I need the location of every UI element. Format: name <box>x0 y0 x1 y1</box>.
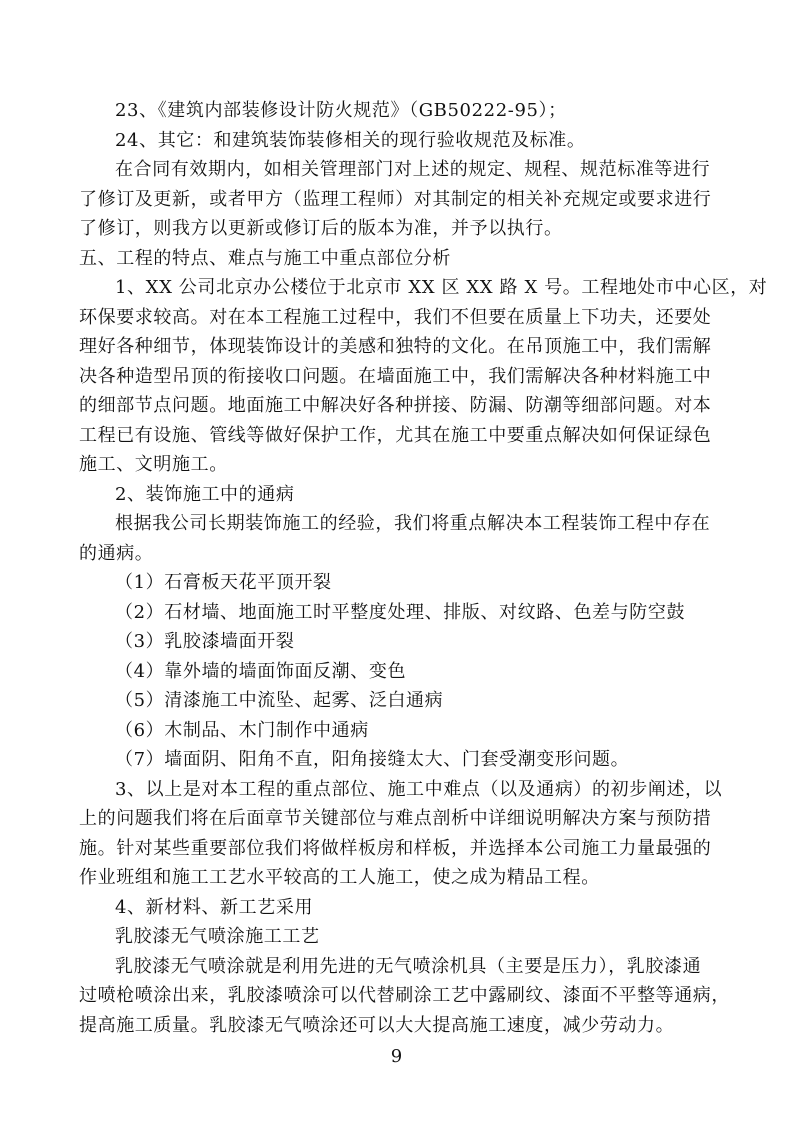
subheading-new-materials: 4、新材料、新工艺采用 <box>79 893 727 923</box>
paragraph-airless-spray-line: 乳胶漆无气喷涂就是利用先进的无气喷涂机具（主要是压力），乳胶漆通 <box>79 952 727 982</box>
paragraph-revision-line: 了修订及更新，或者甲方（监理工程师）对其制定的相关补充规定或要求进行 <box>79 185 727 215</box>
paragraph-summary-line: 作业班组和施工工艺水平较高的工人施工，使之成为精品工程。 <box>79 863 727 893</box>
paragraph-summary-line: 施。针对某些重要部位我们将做样板房和样板，并选择本公司施工力量最强的 <box>79 834 727 864</box>
page-number: 9 <box>0 1045 793 1069</box>
defect-list-item: （1）石膏板天花平顶开裂 <box>79 568 727 598</box>
defect-list-item: （6）木制品、木门制作中通病 <box>79 716 727 746</box>
standard-item-23: 23、《建筑内部装修设计防火规范》（GB50222-95）； <box>79 96 727 126</box>
paragraph-revision-line: 了修订，则我方以更新或修订后的版本为准，并予以执行。 <box>79 214 727 244</box>
paragraph-summary-line: 3、以上是对本工程的重点部位、施工中难点（以及通病）的初步阐述，以 <box>79 775 727 805</box>
defect-list-item: （7）墙面阴、阳角不直，阳角接缝太大、门套受潮变形问题。 <box>79 745 727 775</box>
paragraph-project-line: 1、XX 公司北京办公楼位于北京市 XX 区 XX 路 X 号。工程地处市中心区… <box>79 273 727 303</box>
section-heading-5: 五、工程的特点、难点与施工中重点部位分析 <box>79 244 727 274</box>
defect-list-item: （5）清漆施工中流坠、起雾、泛白通病 <box>79 686 727 716</box>
paragraph-defects-intro: 的通病。 <box>79 539 727 569</box>
subheading-common-defects: 2、装饰施工中的通病 <box>79 480 727 510</box>
paragraph-project-line: 施工、文明施工。 <box>79 450 727 480</box>
paragraph-project-line: 的细部节点问题。地面施工中解决好各种拼接、防漏、防潮等细部问题。对本 <box>79 391 727 421</box>
paragraph-project-line: 理好各种细节，体现装饰设计的美感和独特的文化。在吊顶施工中，我们需解 <box>79 332 727 362</box>
subheading-airless-spray: 乳胶漆无气喷涂施工工艺 <box>79 922 727 952</box>
paragraph-summary-line: 上的问题我们将在后面章节关键部位与难点剖析中详细说明解决方案与预防措 <box>79 804 727 834</box>
paragraph-project-line: 环保要求较高。对在本工程施工过程中，我们不但要在质量上下功夫，还要处 <box>79 303 727 333</box>
paragraph-defects-intro: 根据我公司长期装饰施工的经验，我们将重点解决本工程装饰工程中存在 <box>79 509 727 539</box>
paragraph-revision-line: 在合同有效期内，如相关管理部门对上述的规定、规程、规范标准等进行 <box>79 155 727 185</box>
paragraph-airless-spray-line: 提高施工质量。乳胶漆无气喷涂还可以大大提高施工速度，减少劳动力。 <box>79 1011 727 1041</box>
paragraph-project-line: 工程已有设施、管线等做好保护工作，尤其在施工中要重点解决如何保证绿色 <box>79 421 727 451</box>
paragraph-airless-spray-line: 过喷枪喷涂出来，乳胶漆喷涂可以代替刷涂工艺中露刷纹、漆面不平整等通病， <box>79 981 727 1011</box>
defect-list-item: （4）靠外墙的墙面饰面反潮、变色 <box>79 657 727 687</box>
standard-item-24: 24、其它：和建筑装饰装修相关的现行验收规范及标准。 <box>79 126 727 156</box>
document-body: 23、《建筑内部装修设计防火规范》（GB50222-95）； 24、其它：和建筑… <box>79 96 727 1040</box>
defect-list-item: （3）乳胶漆墙面开裂 <box>79 627 727 657</box>
paragraph-project-line: 决各种造型吊顶的衔接收口问题。在墙面施工中，我们需解决各种材料施工中 <box>79 362 727 392</box>
defect-list-item: （2）石材墙、地面施工时平整度处理、排版、对纹路、色差与防空鼓 <box>79 598 727 628</box>
